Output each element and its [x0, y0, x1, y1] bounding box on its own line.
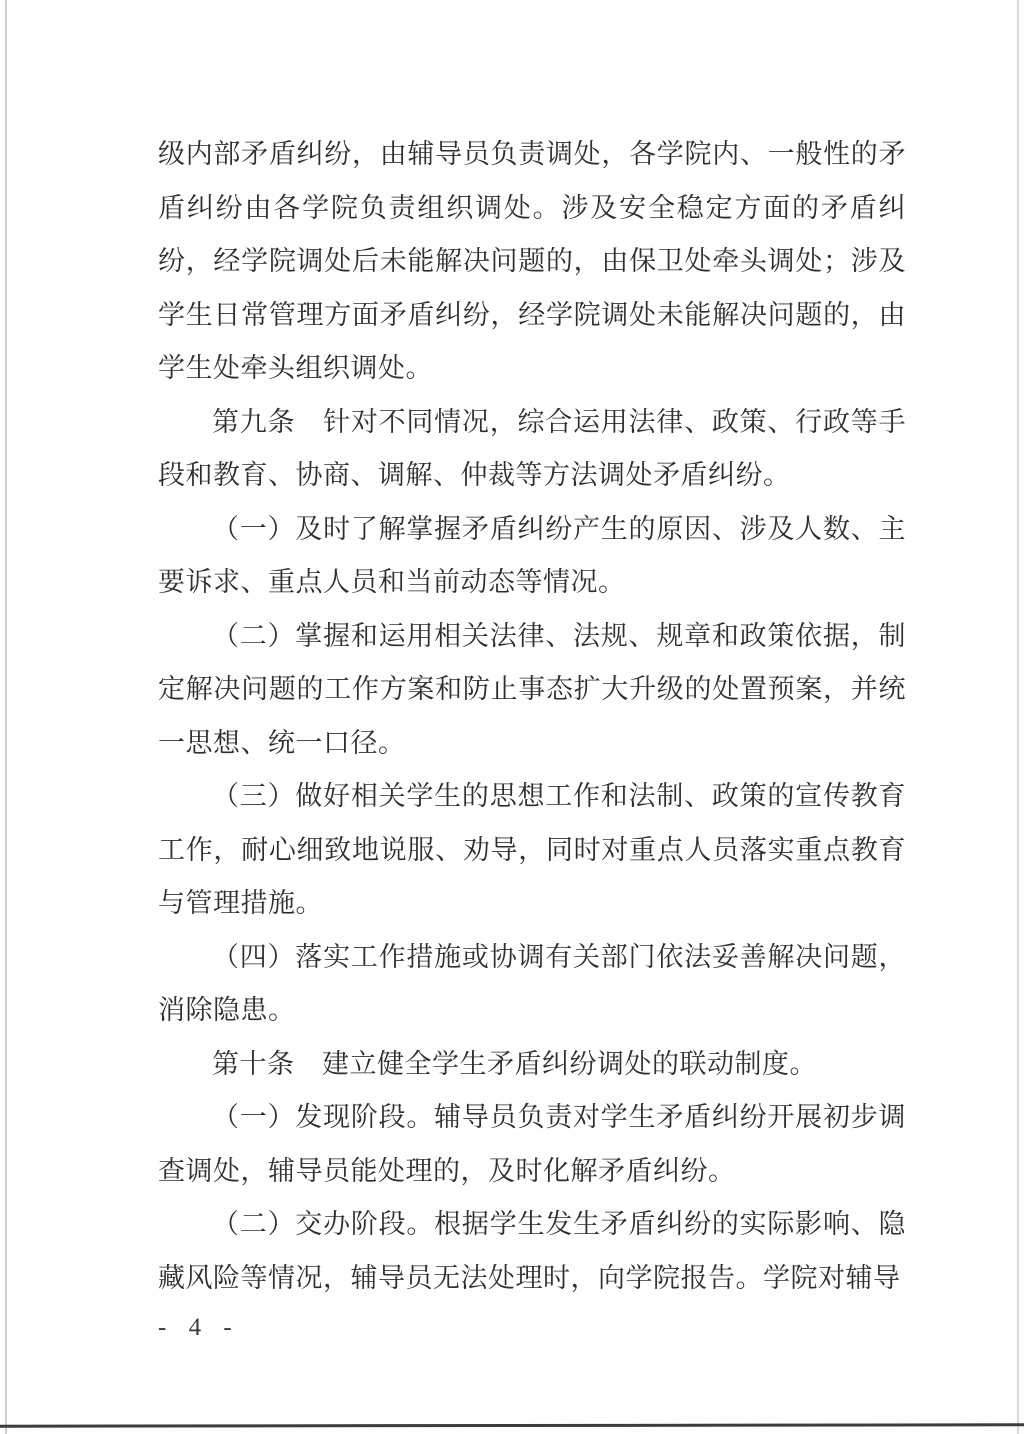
paragraph-article-10-item-1: （一）发现阶段。辅导员负责对学生矛盾纠纷开展初步调查调处，辅导员能处理的，及时化…: [158, 1091, 906, 1198]
paragraph-article-9-item-2: （二）掌握和运用相关法律、法规、规章和政策依据，制定解决问题的工作方案和防止事态…: [158, 610, 906, 771]
paragraph-article-9-item-4: （四）落实工作措施或协调有关部门依法妥善解决问题，消除隐患。: [158, 931, 906, 1038]
paragraph-continuation: 级内部矛盾纠纷，由辅导员负责调处，各学院内、一般性的矛盾纠纷由各学院负责组织调处…: [158, 128, 906, 396]
page-number: - 4 -: [158, 1314, 240, 1342]
scan-edge-left: [5, 0, 7, 1434]
document-page: 级内部矛盾纠纷，由辅导员负责调处，各学院内、一般性的矛盾纠纷由各学院负责组织调处…: [0, 0, 1024, 1434]
scan-edge-bottom: [0, 1423, 1024, 1427]
paragraph-article-9: 第九条 针对不同情况，综合运用法律、政策、行政等手段和教育、协商、调解、仲裁等方…: [158, 396, 906, 503]
paragraph-article-10-item-2: （二）交办阶段。根据学生发生矛盾纠纷的实际影响、隐藏风险等情况，辅导员无法处理时…: [158, 1198, 906, 1305]
paragraph-article-9-item-1: （一）及时了解掌握矛盾纠纷产生的原因、涉及人数、主要诉求、重点人员和当前动态等情…: [158, 503, 906, 610]
scan-edge-right: [1017, 0, 1019, 1434]
paragraph-article-10: 第十条 建立健全学生矛盾纠纷调处的联动制度。: [158, 1038, 906, 1092]
paragraph-article-9-item-3: （三）做好相关学生的思想工作和法制、政策的宣传教育工作，耐心细致地说服、劝导，同…: [158, 770, 906, 931]
document-text-block: 级内部矛盾纠纷，由辅导员负责调处，各学院内、一般性的矛盾纠纷由各学院负责组织调处…: [158, 128, 906, 1305]
